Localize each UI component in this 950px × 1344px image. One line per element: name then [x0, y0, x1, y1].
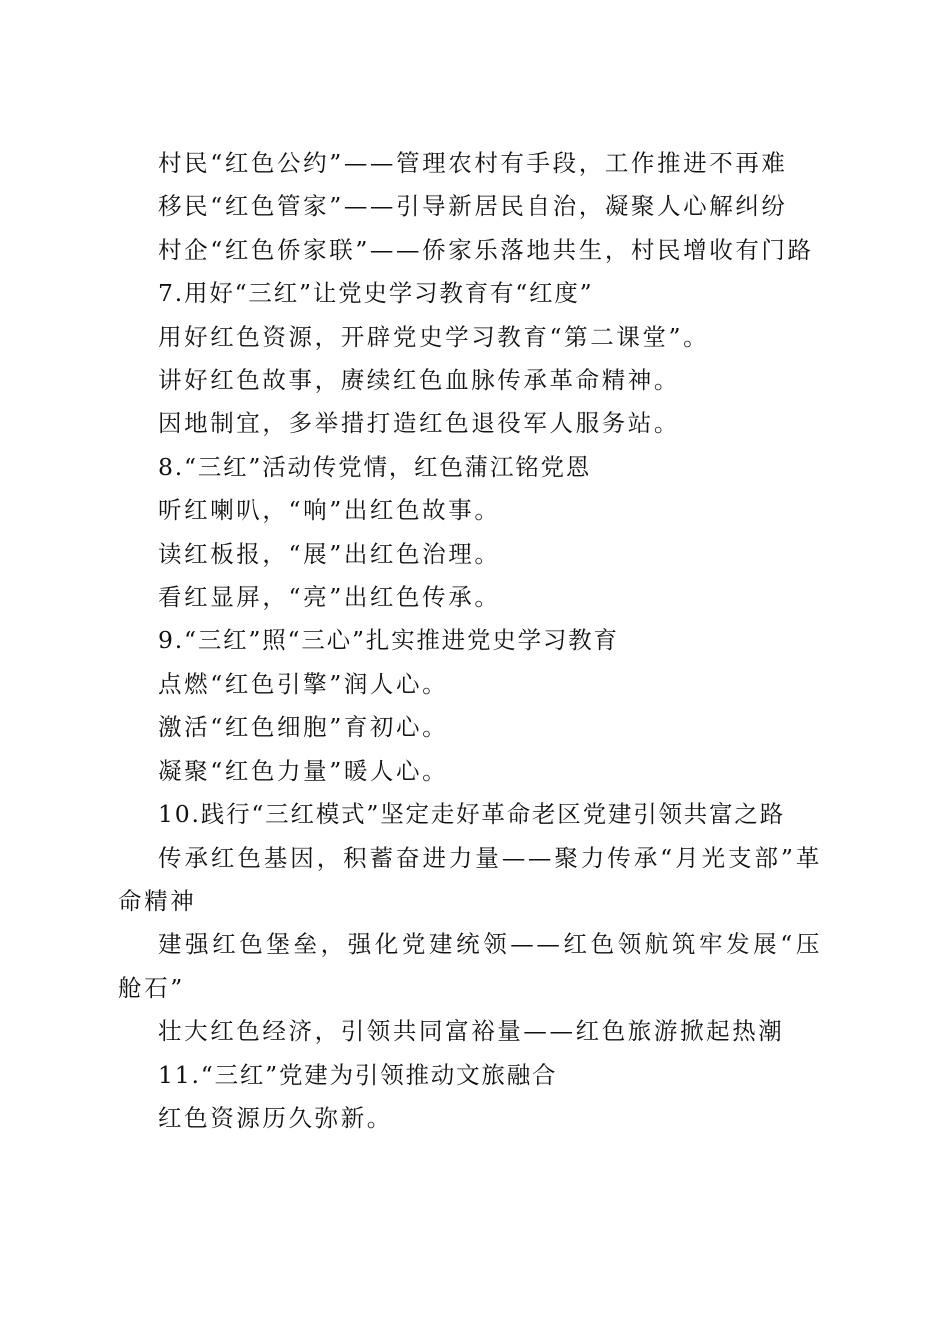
paragraph-10-item-2: 建强红色堡垒，强化党建统领——红色领航筑牢发展“压舱石”: [118, 923, 822, 1010]
section-heading-7: 7.用好“三红”让党史学习教育有“红度”: [118, 272, 822, 315]
paragraph-migrant-red-steward: 移民“红色管家”——引导新居民自治，凝聚人心解纠纷: [118, 185, 822, 228]
section-heading-9: 9.“三红”照“三心”扎实推进党史学习教育: [118, 619, 822, 662]
document-page: 村民“红色公约”——管理农村有手段，工作推进不再难 移民“红色管家”——引导新居…: [0, 0, 950, 1344]
paragraph-8-item-3: 看红显屏，“亮”出红色传承。: [118, 576, 822, 619]
paragraph-10-item-1: 传承红色基因，积蓄奋进力量——聚力传承“月光支部”革命精神: [118, 837, 822, 924]
paragraph-7-item-3: 因地制宜，多举措打造红色退役军人服务站。: [118, 402, 822, 445]
paragraph-village-red-convention: 村民“红色公约”——管理农村有手段，工作推进不再难: [118, 142, 822, 185]
paragraph-7-item-2: 讲好红色故事，赓续红色血脉传承革命精神。: [118, 359, 822, 402]
paragraph-10-item-3: 壮大红色经济，引领共同富裕量——红色旅游掀起热潮: [118, 1010, 822, 1053]
document-body: 村民“红色公约”——管理农村有手段，工作推进不再难 移民“红色管家”——引导新居…: [118, 142, 822, 1140]
paragraph-9-item-2: 激活“红色细胞”育初心。: [118, 706, 822, 749]
paragraph-11-item-1: 红色资源历久弥新。: [118, 1097, 822, 1140]
paragraph-8-item-2: 读红板报，“展”出红色治理。: [118, 533, 822, 576]
paragraph-7-item-1: 用好红色资源，开辟党史学习教育“第二课堂”。: [118, 316, 822, 359]
paragraph-9-item-3: 凝聚“红色力量”暖人心。: [118, 750, 822, 793]
paragraph-9-item-1: 点燃“红色引擎”润人心。: [118, 663, 822, 706]
paragraph-enterprise-red-overseas: 村企“红色侨家联”——侨家乐落地共生，村民增收有门路: [118, 229, 822, 272]
section-heading-10: 10.践行“三红模式”坚定走好革命老区党建引领共富之路: [118, 793, 822, 836]
paragraph-8-item-1: 听红喇叭，“响”出红色故事。: [118, 489, 822, 532]
section-heading-11: 11.“三红”党建为引领推动文旅融合: [118, 1054, 822, 1097]
section-heading-8: 8.“三红”活动传党情，红色蒲江铭党恩: [118, 446, 822, 489]
